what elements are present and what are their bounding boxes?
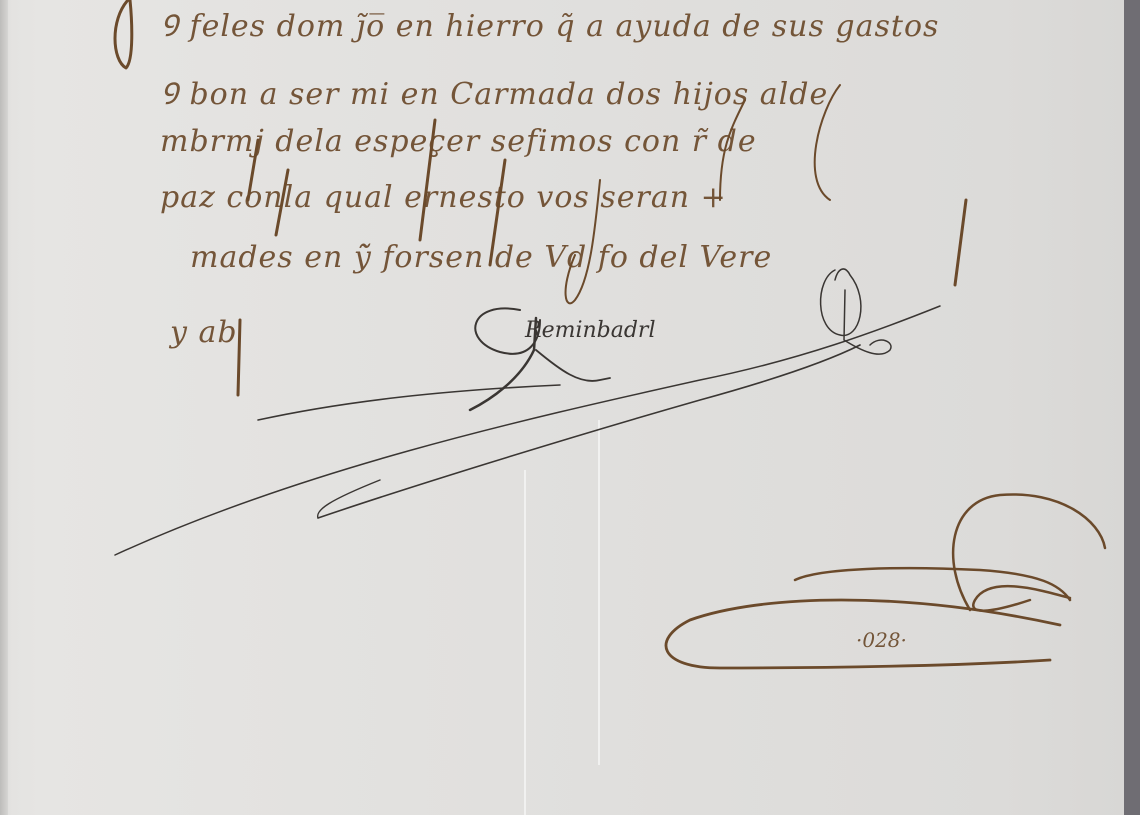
signature-1-flourish [115, 269, 940, 555]
rubric-signature [666, 494, 1105, 668]
margin-flourish [115, 0, 132, 68]
ink-strokes [0, 0, 1140, 815]
